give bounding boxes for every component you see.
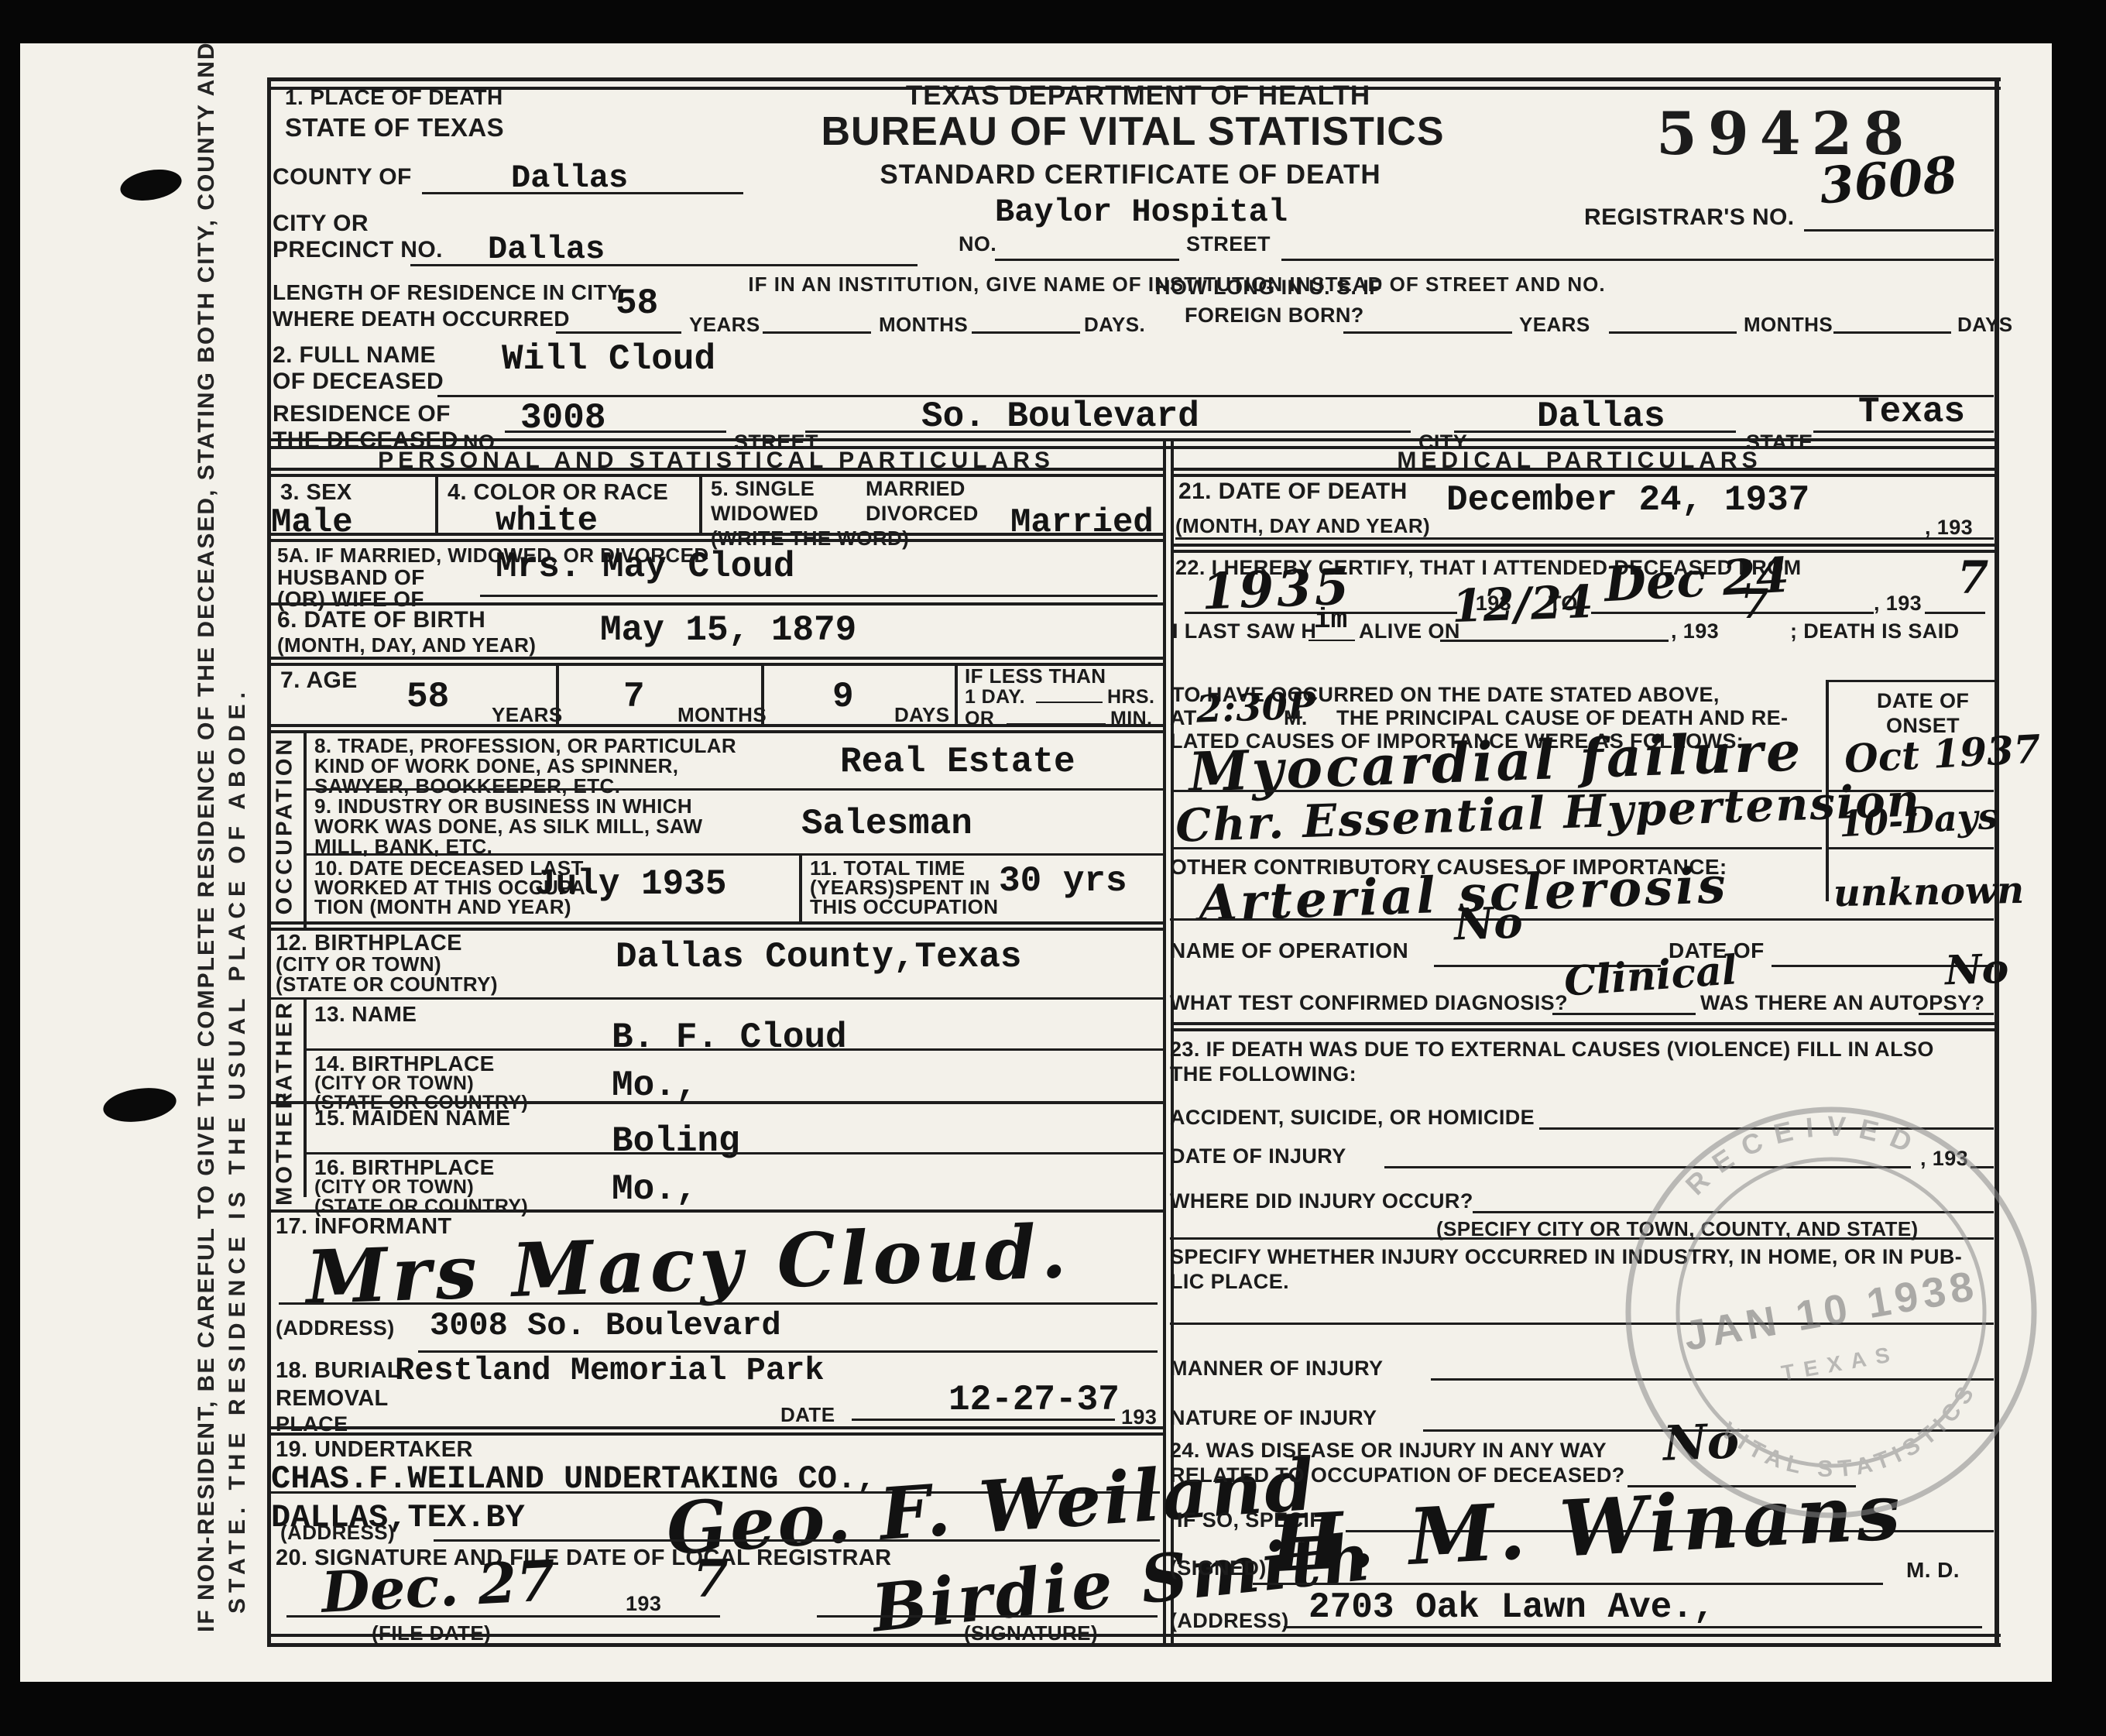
blank-line <box>763 331 871 334</box>
signature-line <box>279 1302 1158 1305</box>
group-divider <box>304 1101 307 1197</box>
signature-line <box>434 1539 1160 1542</box>
divider <box>267 602 1163 606</box>
external-causes-label2: THE FOLLOWING: <box>1170 1062 1357 1086</box>
certify-year-handwritten: 7 <box>1957 551 1988 604</box>
age-days-value: 9 <box>832 677 854 717</box>
informant-address-label: (ADDRESS) <box>276 1316 395 1340</box>
blank-line <box>1609 331 1737 334</box>
no-label: NO. <box>959 232 996 256</box>
cell-divider <box>761 663 764 724</box>
blank-line <box>505 431 726 433</box>
blank-line <box>1440 640 1669 642</box>
file-date-year-handwritten: 7 <box>693 1549 729 1609</box>
cause-2-onset: 10-Days <box>1838 795 1999 846</box>
blank-line <box>1281 259 1994 261</box>
margin-instruction-line1: IF NON-RESIDENT, BE CAREFUL TO GIVE THE … <box>194 41 220 1632</box>
cell-divider <box>699 474 702 533</box>
marital-widowed-label: WIDOWED <box>711 502 818 526</box>
divider <box>267 730 1163 733</box>
birthplace-value: Dallas County,Texas <box>616 937 1022 977</box>
undertaker-address-label: (ADDRESS) <box>280 1521 395 1545</box>
blank-line <box>1829 847 1994 849</box>
blank-line <box>852 1419 1115 1421</box>
burial-label2: REMOVAL <box>276 1386 389 1412</box>
specify-injury-label2: LIC PLACE. <box>1170 1270 1289 1294</box>
full-name-label1: 2. FULL NAME <box>273 342 436 369</box>
one-day-label: 1 DAY. <box>965 686 1025 708</box>
bureau-title: BUREAU OF VITAL STATISTICS <box>821 108 1444 155</box>
signed-label: (SIGNED) <box>1170 1556 1267 1580</box>
last-saw-label1: I LAST SAW H <box>1172 619 1316 643</box>
physician-address-label: (ADDRESS) <box>1170 1609 1289 1633</box>
onset-label1: DATE OF <box>1877 689 1969 713</box>
marital-divorced-label: DIVORCED <box>866 502 979 526</box>
related-occupation-handwritten: No <box>1662 1412 1741 1471</box>
blank-line <box>1552 1013 1696 1015</box>
burial-label1: 18. BURIAL <box>276 1358 401 1384</box>
signature-line <box>817 1615 1158 1618</box>
blank-line <box>1170 1237 1994 1240</box>
divider <box>1171 474 1995 477</box>
precinct-no-label: PRECINCT NO. <box>273 237 443 263</box>
registrar-no-label: REGISTRAR'S NO. <box>1584 204 1795 231</box>
certificate-title: STANDARD CERTIFICATE OF DEATH <box>880 160 1381 190</box>
border-left <box>267 77 271 1647</box>
file-date-preprint: 193 <box>626 1592 661 1616</box>
blank-line <box>556 331 681 334</box>
blank-line <box>1971 1166 1994 1168</box>
cell-divider <box>435 474 438 533</box>
marital-single-label: 5. SINGLE <box>711 477 815 501</box>
street-label: STREET <box>1186 232 1271 256</box>
residence-length-label2: WHERE DEATH OCCURRED <box>273 307 570 331</box>
blank-line <box>1384 1166 1911 1168</box>
trade-value: Real Estate <box>840 742 1075 782</box>
last-saw-date-handwritten: 12/24 <box>1451 575 1594 633</box>
how-long-us-label: HOW LONG IN U. S. IF <box>1155 276 1382 300</box>
mother-maiden-value: Boling <box>612 1121 740 1161</box>
institution-value: Baylor Hospital <box>995 194 1288 231</box>
divider <box>267 1101 1163 1104</box>
total-time-label3: THIS OCCUPATION <box>810 895 998 919</box>
occupation-vertical-label: OCCUPATION <box>273 736 298 915</box>
sex-value: Male <box>271 503 353 542</box>
age-years-value: 58 <box>406 677 449 717</box>
last-worked-label3: TION (MONTH AND YEAR) <box>314 895 571 919</box>
informant-address-value: 3008 So. Boulevard <box>430 1307 781 1344</box>
hrs-label: HRS. <box>1107 686 1154 708</box>
blank-line <box>995 259 1179 261</box>
border-bottom <box>267 1643 2001 1647</box>
blank-line <box>1813 431 1994 433</box>
specify-injury-label1: SPECIFY WHETHER INJURY OCCURRED IN INDUS… <box>1170 1245 1962 1269</box>
years-label: YEARS <box>689 313 760 337</box>
file-date-handwritten: Dec. 27 <box>320 1547 557 1625</box>
blank-line <box>1171 847 1822 849</box>
divider <box>267 657 1163 660</box>
us-months-label: MONTHS <box>1744 313 1833 337</box>
date-of-death-preprint: , 193 <box>1925 516 1973 540</box>
accident-label: ACCIDENT, SUICIDE, OR HOMICIDE <box>1170 1106 1535 1130</box>
days-label: DAYS. <box>1084 313 1145 337</box>
autopsy-handwritten: No <box>1944 945 2009 995</box>
divider <box>267 1432 1163 1436</box>
last-worked-value: July 1935 <box>534 864 726 904</box>
residence-years-value: 58 <box>616 283 658 324</box>
at-label: AT <box>1170 706 1197 730</box>
blank-line <box>1036 702 1103 703</box>
test-confirmed-label: WHAT TEST CONFIRMED DIAGNOSIS? <box>1170 991 1568 1015</box>
husband-value: Mrs. May Cloud <box>496 547 794 587</box>
blank-line <box>1833 331 1951 334</box>
where-injury-label: WHERE DID INJURY OCCUR? <box>1170 1189 1473 1213</box>
blank-line <box>1454 431 1736 433</box>
blank-line <box>1804 229 1994 232</box>
divider <box>1171 468 1995 471</box>
certify-193b: , 193 <box>1874 592 1922 616</box>
city-value: Dallas <box>488 231 605 268</box>
full-name-label2: OF DECEASED <box>273 369 444 395</box>
blank-line <box>1473 1211 1994 1213</box>
date-of-death-sublabel: (MONTH, DAY AND YEAR) <box>1175 514 1430 538</box>
blank-line <box>1919 1013 1994 1015</box>
months-label: MONTHS <box>879 313 968 337</box>
mother-birthplace-value: Mo., <box>612 1169 697 1209</box>
last-saw-im: im <box>1314 604 1347 636</box>
divider <box>304 788 1163 791</box>
city-or-label: CITY OR <box>273 211 369 237</box>
father-name-label: 13. NAME <box>314 1002 417 1027</box>
us-years-label: YEARS <box>1519 313 1590 337</box>
blank-line <box>972 331 1080 334</box>
divider <box>1171 550 1995 553</box>
onset-box-top <box>1826 680 1996 682</box>
sex-label: 3. SEX <box>280 480 352 506</box>
scanned-death-certificate: IF NON-RESIDENT, BE CAREFUL TO GIVE THE … <box>0 0 2106 1736</box>
us-days-label: DAYS <box>1957 313 2012 337</box>
residence-of-label1: RESIDENCE OF <box>273 401 451 427</box>
county-of-label: COUNTY OF <box>273 164 412 190</box>
divider <box>304 1152 1163 1154</box>
full-name-value: Will Cloud <box>502 339 715 379</box>
residence-length-label1: LENGTH OF RESIDENCE IN CITY <box>273 280 622 305</box>
burial-date-label: DATE <box>780 1403 835 1427</box>
age-label: 7. AGE <box>280 667 358 694</box>
section-divider <box>267 438 1999 441</box>
divider <box>1171 544 1995 547</box>
dob-label: 6. DATE OF BIRTH <box>277 607 485 633</box>
date-of-death-label: 21. DATE OF DEATH <box>1178 479 1408 505</box>
blank-line <box>1309 640 1355 641</box>
signature-line <box>1253 1583 1883 1585</box>
registrar-no-value: 3608 <box>1817 146 1960 215</box>
place-of-death-label: 1. PLACE OF DEATH <box>285 85 503 110</box>
external-causes-label1: 23. IF DEATH WAS DUE TO EXTERNAL CAUSES … <box>1170 1038 1934 1062</box>
last-saw-year-handwritten: 7 <box>1741 581 1768 628</box>
date-of-injury-label: DATE OF INJURY <box>1170 1144 1346 1168</box>
marital-married-label: MARRIED <box>866 477 966 501</box>
age-months-value: 7 <box>623 677 645 717</box>
industry-value: Salesman <box>801 804 972 844</box>
blank-line <box>410 264 918 266</box>
divider <box>267 921 1163 925</box>
foreign-born-label: FOREIGN BORN? <box>1185 304 1364 328</box>
father-birthplace-value: Mo., <box>612 1065 697 1106</box>
autopsy-label: WAS THERE AN AUTOPSY? <box>1700 991 1984 1015</box>
blank-line <box>1284 1626 1982 1628</box>
m-label: M. <box>1284 706 1308 730</box>
blank-line <box>437 395 1994 397</box>
operation-handwritten: No <box>1453 897 1524 950</box>
related-occupation-label1: 24. WAS DISEASE OR INJURY IN ANY WAY <box>1170 1439 1607 1463</box>
divider <box>304 1048 1163 1051</box>
burial-place-value: Restland Memorial Park <box>395 1352 825 1389</box>
date-of-death-value: December 24, 1937 <box>1446 480 1809 520</box>
marital-value: Married <box>1010 503 1154 542</box>
blank-line <box>480 595 1158 597</box>
group-divider <box>304 730 307 928</box>
department-title: TEXAS DEPARTMENT OF HEALTH <box>906 81 1370 112</box>
blank-line <box>1175 537 1994 540</box>
physician-address-value: 2703 Oak Lawn Ave., <box>1309 1587 1715 1628</box>
father-name-value: B. F. Cloud <box>612 1017 847 1058</box>
md-label: M. D. <box>1906 1558 1960 1583</box>
nature-of-injury-label: NATURE OF INJURY <box>1170 1406 1377 1430</box>
undertaker-label: 19. UNDERTAKER <box>276 1437 473 1463</box>
county-value: Dallas <box>511 160 628 197</box>
blank-line <box>1591 612 1874 614</box>
last-saw-193: , 193 <box>1671 619 1719 643</box>
blank-line <box>1431 1378 1994 1381</box>
file-date-label: (FILE DATE) <box>372 1621 491 1645</box>
if-less-than-label: IF LESS THAN <box>965 664 1106 688</box>
operation-label: NAME OF OPERATION <box>1170 938 1408 963</box>
divider <box>267 539 1163 542</box>
cell-divider <box>955 663 958 724</box>
divider <box>267 1426 1163 1429</box>
total-time-value: 30 yrs <box>999 861 1127 901</box>
divider <box>267 724 1163 727</box>
divider <box>1171 1028 1995 1031</box>
blank-line <box>1170 918 1994 921</box>
date-of-injury-preprint: , 193 <box>1920 1147 1968 1171</box>
last-saw-label3: ; DEATH IS SAID <box>1790 619 1960 643</box>
cause-3-onset: unknown <box>1833 869 2025 915</box>
cell-divider <box>799 853 802 921</box>
birthplace-sublabel2: (STATE OR COUNTRY) <box>276 973 498 997</box>
burial-date-value: 12-27-37 <box>948 1380 1120 1420</box>
manner-of-injury-label: MANNER OF INJURY <box>1170 1357 1383 1381</box>
divider <box>1171 1022 1995 1025</box>
divider <box>267 468 1163 471</box>
dob-sublabel: (MONTH, DAY, AND YEAR) <box>277 633 536 657</box>
signature-line <box>286 1615 720 1618</box>
border-bottom-inner <box>267 1634 2001 1637</box>
blank-line <box>1539 1127 1994 1130</box>
signature-label: (SIGNATURE) <box>964 1621 1098 1645</box>
cell-divider <box>556 663 559 724</box>
blank-line <box>1343 331 1512 334</box>
state-of-texas-label: STATE OF TEXAS <box>285 113 504 142</box>
mother-maiden-label: 15. MAIDEN NAME <box>314 1106 510 1130</box>
margin-instruction-line2: STATE. THE RESIDENCE IS THE USUAL PLACE … <box>225 687 251 1614</box>
dob-value: May 15, 1879 <box>600 610 856 650</box>
divider <box>267 533 1163 536</box>
blank-line <box>422 192 743 194</box>
divider <box>267 997 1163 1000</box>
residence-state-value: Texas <box>1858 392 1965 432</box>
blank-line <box>1925 612 1985 614</box>
blank-line <box>1170 1323 1994 1325</box>
blank-line <box>805 431 1411 433</box>
mother-vertical-label: MOTHER <box>273 1089 298 1206</box>
divider <box>304 853 1163 856</box>
